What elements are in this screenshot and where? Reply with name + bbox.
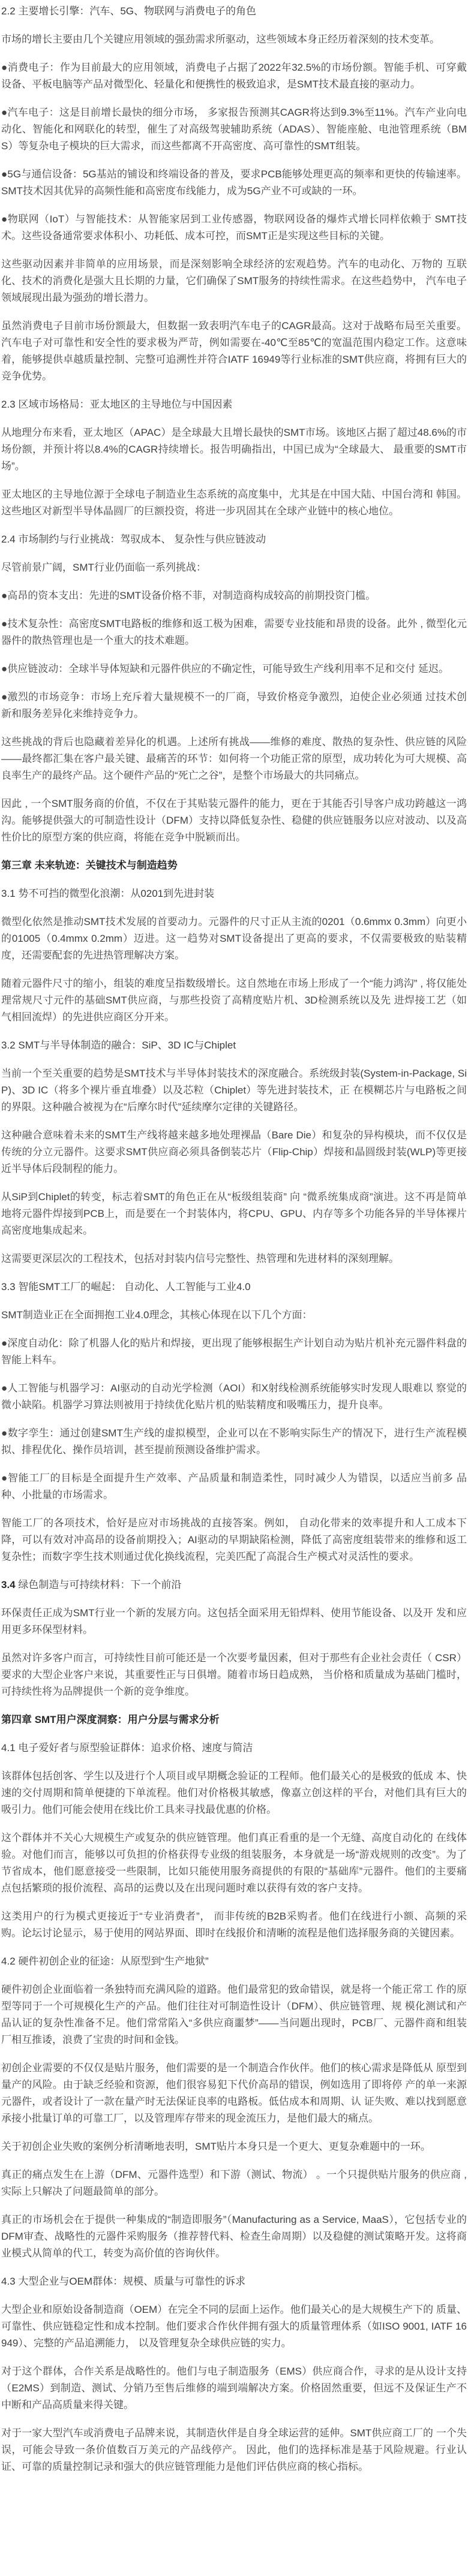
paragraph: ●数字孪生：通过创建SMT生产线的虚拟模型，企业可以在不影响实际生产的情况下，进… — [1, 1425, 467, 1459]
paragraph: SMT制造业正在全面拥抱工业4.0理念，其核心体现在以下几个方面： — [1, 1307, 467, 1324]
paragraph: 微型化依然是推动SMT技术发展的首要动力。元器件的尺寸正从主流的0201（0.6… — [1, 914, 467, 964]
paragraph: ●激烈的市场竞争：市场上充斥着大量规模不一的厂商，导致价格竞争激烈，迫使企业必须… — [1, 689, 467, 722]
section-heading: 2.4 市场制约与行业挑战：驾驭成本、 复杂性与供应链波动 — [1, 531, 467, 548]
paragraph: 环保责任正成为SMT行业一个新的发展方向。这包括全面采用无铅焊料、使用节能设备、… — [1, 1605, 467, 1638]
chapter-heading: 第四章 SMT用户深度洞察：用户分层与需求分析 — [1, 1712, 467, 1728]
paragraph: 因此 , 一个SMT服务商的价值，不仅在于其贴装元器件的能力，更在于其能否引导客… — [1, 796, 467, 846]
section-heading: 4.2 硬件初创企业的征途：从原型到“生产地狱” — [1, 1953, 467, 1970]
section-heading: 4.3 大型企业与OEM群体：规模、质量与可靠性的诉求 — [1, 2273, 467, 2290]
paragraph: 对于这个群体，合作关系是战略性的。他们与电子制造服务（EMS）供应商合作，寻求的… — [1, 2363, 467, 2414]
section-heading: 4.1 电子爱好者与原型验证群体：追求价格、速度与简洁 — [1, 1740, 467, 1756]
paragraph: 尽管前景广阔，SMT行业仍面临一系列挑战： — [1, 559, 467, 576]
section-heading: 2.2 主要增长引擎：汽车、5G、物联网与消费电子的角色 — [1, 3, 467, 20]
paragraph: 亚太地区的主导地位源于全球电子制造业生态系统的高度集中，尤其是在中国大陆、中国台… — [1, 486, 467, 520]
paragraph: 关于初创企业失败的案例分析清晰地表明，SMT贴片本身只是一个更大、更复杂难题中的… — [1, 2138, 467, 2155]
paragraph: ●汽车电子：这是目前增长最快的细分市场， 多家报告预测其CAGR将达到9.3%至… — [1, 104, 467, 155]
document-body: 2.2 主要增长引擎：汽车、5G、物联网与消费电子的角色市场的增长主要由几个关键… — [0, 0, 468, 2495]
paragraph: 虽然对许多客户而言，可持续性目前可能还是一个次要考量因素，但对于那些有企业社会责… — [1, 1650, 467, 1700]
paragraph: ●消费电子：作为目前最大的应用领域，消费电子占据了2022年32.5%的市场份额… — [1, 59, 467, 93]
paragraph: 该群体包括创客、学生以及进行个人项目或早期概念验证的工程师。他们最关心的是极致的… — [1, 1768, 467, 1818]
paragraph: ●智能工厂的目标是全面提升生产效率、产品质量和制造柔性，同时减少人为错误，以适应… — [1, 1470, 467, 1504]
paragraph: ●供应链波动：全球半导体短缺和元器件供应的不确定性，可能导致生产线利用率不足和交… — [1, 661, 467, 677]
paragraph: 这类用户的行为模式更接近于“专业消费者”， 而非传统的B2B采购者。他们在线进行… — [1, 1908, 467, 1942]
paragraph: 初创企业需要的不仅仅是贴片服务，他们需要的是一个制造合作伙伴。他们的核心需求是降… — [1, 2060, 467, 2127]
paragraph: 这个群体并不关心大规模生产或复杂的供应链管理。他们真正看重的是一个无缝、高度自动… — [1, 1830, 467, 1897]
paragraph: 市场的增长主要由几个关键应用领域的强劲需求所驱动，这些领域本身正经历着深刻的技术… — [1, 31, 467, 48]
heading-number: 3.4 — [1, 1579, 16, 1590]
section-heading: 3.3 智能SMT工厂的崛起： 自动化、人工智能与工业4.0 — [1, 1279, 467, 1295]
section-heading: 3.1 势不可挡的微型化浪潮：从0201到先进封装 — [1, 885, 467, 902]
paragraph: 虽然消费电子目前市场份额最大，但数据一致表明汽车电子的CAGR最高。这对于战略布… — [1, 318, 467, 385]
section-heading: 3.4 绿色制造与可持续材料：下一个前沿 — [1, 1577, 467, 1593]
paragraph: 这需要更深层次的工程技术，包括对封装内信号完整性、热管理和先进材料的深刻理解。 — [1, 1251, 467, 1267]
paragraph: 硬件初创企业面临着一条独特而充满风险的道路。他们最常犯的致命错误，就是将一个能正… — [1, 1981, 467, 2048]
paragraph: 这些挑战的背后也隐藏着差异化的机遇。上述所有挑战——维修的难度、散热的复杂性、供… — [1, 734, 467, 784]
paragraph: ●5G与通信设备：5G基站的铺设和终端设备的普及，要求PCB能够处理更高的频率和… — [1, 166, 467, 200]
paragraph: 真正的痛点发生在上游（DFM、元器件选型）和下游（测试、物流） 。一个只提供贴片… — [1, 2167, 467, 2200]
paragraph: 大型企业和原始设备制造商（OEM）在完全不同的层面上运作。他们最关心的是大规模生… — [1, 2301, 467, 2352]
section-heading: 3.2 SMT与半导体制造的融合：SiP、3D IC与Chiplet — [1, 1037, 467, 1054]
chapter-heading: 第三章 未来轨迹：关键技术与制造趋势 — [1, 857, 467, 874]
paragraph: ●物联网（IoT）与智能技术：从智能家居到工业传感器，物联网设备的爆炸式增长同样… — [1, 211, 467, 245]
paragraph: 随着元器件尺寸的缩小，组装的难度呈指数级增长。这自然地在市场上形成了一个“能力鸿… — [1, 975, 467, 1026]
heading-text: 绿色制造与可持续材料：下一个前沿 — [16, 1579, 182, 1590]
paragraph: 这些驱动因素并非简单的应用场景，而是深刻影响全球经济的宏观趋势。汽车的电动化、万… — [1, 256, 467, 306]
section-heading: 2.3 区域市场格局：亚太地区的主导地位与中国因素 — [1, 396, 467, 413]
paragraph: 对于一家大型汽车或消费电子品牌来说，其制造伙伴是自身全球运营的延伸。SMT供应商… — [1, 2425, 467, 2475]
paragraph: 当前一个至关重要的趋势是SMT技术与半导体封装技术的深度融合。系统级封装(Sys… — [1, 1065, 467, 1116]
paragraph: ●高昂的资本支出：先进的SMT设备价格不菲，对制造商构成较高的前期投资门槛。 — [1, 587, 467, 604]
paragraph: ●技术复杂性：高密度SMT电路板的维修和返工极为困难，需要专业技能和昂贵的设备。… — [1, 616, 467, 649]
paragraph: ●人工智能与机器学习：AI驱动的自动光学检测（AOI）和X射线检测系统能够实时发… — [1, 1380, 467, 1414]
paragraph: 这种融合意味着未来的SMT生产线将越来越多地处理裸晶（Bare Die）和复杂的… — [1, 1127, 467, 1177]
paragraph: 真正的市场机会在于提供一种集成的“制造即服务”（Manufacturing as… — [1, 2212, 467, 2262]
paragraph: 智能工厂的各项技术，恰好是应对市场挑战的直接答案。例如， 自动化带来的效率提升和… — [1, 1515, 467, 1565]
paragraph: 从SiP到Chiplet的转变，标志着SMT的角色正在从“板级组装商” 向 “微… — [1, 1189, 467, 1239]
paragraph: 从地理分布来看，亚太地区（APAC）是全球最大且增长最快的SMT市场。该地区占据… — [1, 424, 467, 475]
paragraph: ●深度自动化：除了机器人化的贴片和焊接，更出现了能够根据生产计划自动为贴片机补充… — [1, 1335, 467, 1369]
